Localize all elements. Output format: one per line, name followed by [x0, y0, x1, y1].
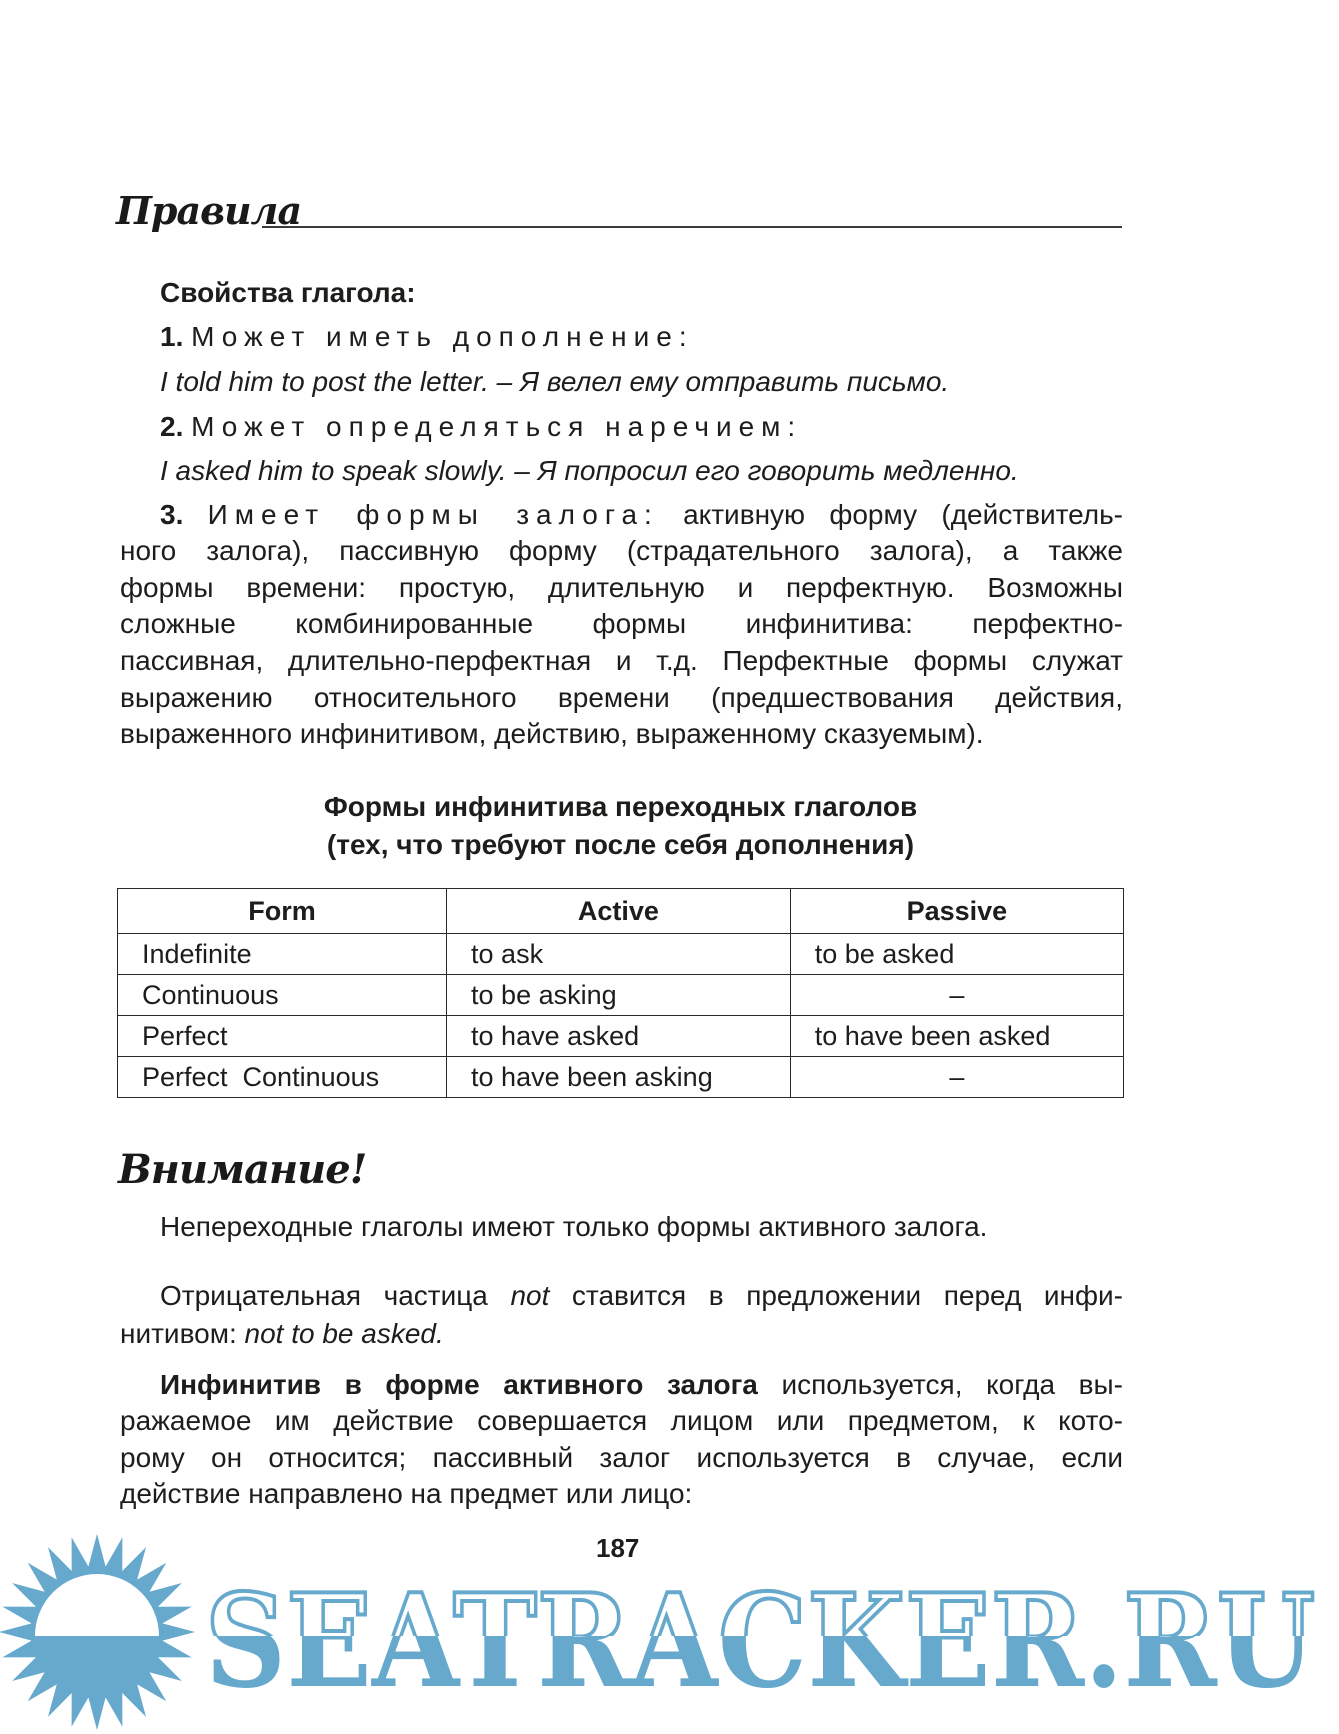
- attention-paragraph-2-line-2: нитивом: not to be asked.: [120, 1316, 444, 1352]
- cell-passive: to have been asked: [790, 1016, 1123, 1057]
- cell-passive: to be asked: [790, 934, 1123, 975]
- rule-item-1-label: Может иметь дополнение:: [191, 321, 693, 352]
- p3-bold-term: Инфинитив в форме активного залога: [160, 1369, 758, 1400]
- rule-item-2-label: Может определяться наречием:: [191, 411, 802, 442]
- rule-item-3-line-4: сложные комбинированные формы инфинитива…: [120, 608, 1123, 640]
- rule-item-2-example: I asked him to speak slowly. – Я попроси…: [160, 453, 1019, 489]
- rule-item-3-line-2: ного залога), пассивную форму (страдател…: [120, 535, 1123, 567]
- sun-icon: [0, 1534, 195, 1730]
- attention-paragraph-2-line-1: Отрицательная частица not ставится в пре…: [160, 1280, 1123, 1312]
- rule-item-3-line-7: выраженного инфинитивом, действию, выраж…: [120, 718, 1123, 750]
- cell-form: Indefinite: [118, 934, 447, 975]
- rule-item-3-label: Имеет формы залога:: [208, 499, 659, 530]
- cell-passive: –: [790, 975, 1123, 1016]
- table-title-line-1: Формы инфинитива переходных глаголов: [117, 789, 1124, 825]
- p3-text: используется, когда вы-: [758, 1369, 1123, 1400]
- p2-text-c: нитивом:: [120, 1318, 245, 1349]
- table-row: Perfect Continuous to have been asking –: [118, 1057, 1124, 1098]
- rule-item-3-line-5: пассивная, длительно-перфектная и т.д. П…: [120, 645, 1123, 677]
- rule-item-3-line-3: формы времени: простую, длительную и пер…: [120, 572, 1123, 604]
- rule-item-3-number: 3.: [160, 499, 183, 530]
- p2-italic-example: not to be asked.: [245, 1318, 444, 1349]
- rule-item-1-number: 1.: [160, 321, 183, 352]
- watermark: SEATRACKER.RU SEATRACKER.RU: [0, 1520, 1339, 1734]
- cell-passive: –: [790, 1057, 1123, 1098]
- table-row: Perfect to have asked to have been asked: [118, 1016, 1124, 1057]
- p2-text-a: Отрицательная частица: [160, 1280, 510, 1311]
- rule-item-3-text: активную форму (действитель-: [683, 499, 1123, 530]
- rule-item-3-line-6: выражению относительного времени (предше…: [120, 682, 1123, 714]
- column-header-form: Form: [118, 889, 447, 934]
- attention-paragraph-3-line-2: ражаемое им действие совершается лицом и…: [120, 1405, 1123, 1437]
- attention-title: Внимание!: [118, 1146, 366, 1193]
- attention-paragraph-1: Непереходные глаголы имеют только формы …: [160, 1209, 987, 1245]
- column-header-active: Active: [447, 889, 791, 934]
- attention-paragraph-3-line-4: действие направлено на предмет или лицо:: [120, 1478, 1123, 1510]
- rules-heading: Свойства глагола:: [160, 275, 416, 311]
- cell-form: Continuous: [118, 975, 447, 1016]
- table-row: Indefinite to ask to be asked: [118, 934, 1124, 975]
- p2-italic-not: not: [510, 1280, 549, 1311]
- rule-item-3-line-1: 3. Имеет формы залога: активную форму (д…: [160, 499, 1123, 531]
- section-title-rule: [262, 226, 1122, 228]
- rule-item-2-number: 2.: [160, 411, 183, 442]
- cell-active: to ask: [447, 934, 791, 975]
- rule-item-1-example: I told him to post the letter. – Я велел…: [160, 364, 949, 400]
- cell-form: Perfect: [118, 1016, 447, 1057]
- cell-active: to be asking: [447, 975, 791, 1016]
- p2-text-b: ставится в предложении перед инфи-: [549, 1280, 1123, 1311]
- rule-item-2: 2. Может определяться наречием:: [160, 409, 802, 445]
- watermark-text: SEATRACKER.RU SEATRACKER.RU: [205, 1567, 1315, 1717]
- attention-paragraph-3-line-3: рому он относится; пассивный залог испол…: [120, 1442, 1123, 1474]
- attention-paragraph-3-line-1: Инфинитив в форме активного залога испол…: [160, 1369, 1123, 1401]
- rule-item-1: 1. Может иметь дополнение:: [160, 319, 694, 355]
- cell-form: Perfect Continuous: [118, 1057, 447, 1098]
- table-row: Continuous to be asking –: [118, 975, 1124, 1016]
- cell-active: to have asked: [447, 1016, 791, 1057]
- table-title-line-2: (тех, что требуют после себя дополнения): [117, 827, 1124, 863]
- cell-active: to have been asking: [447, 1057, 791, 1098]
- column-header-passive: Passive: [790, 889, 1123, 934]
- infinitive-forms-table: Form Active Passive Indefinite to ask to…: [117, 888, 1124, 1098]
- table-header-row: Form Active Passive: [118, 889, 1124, 934]
